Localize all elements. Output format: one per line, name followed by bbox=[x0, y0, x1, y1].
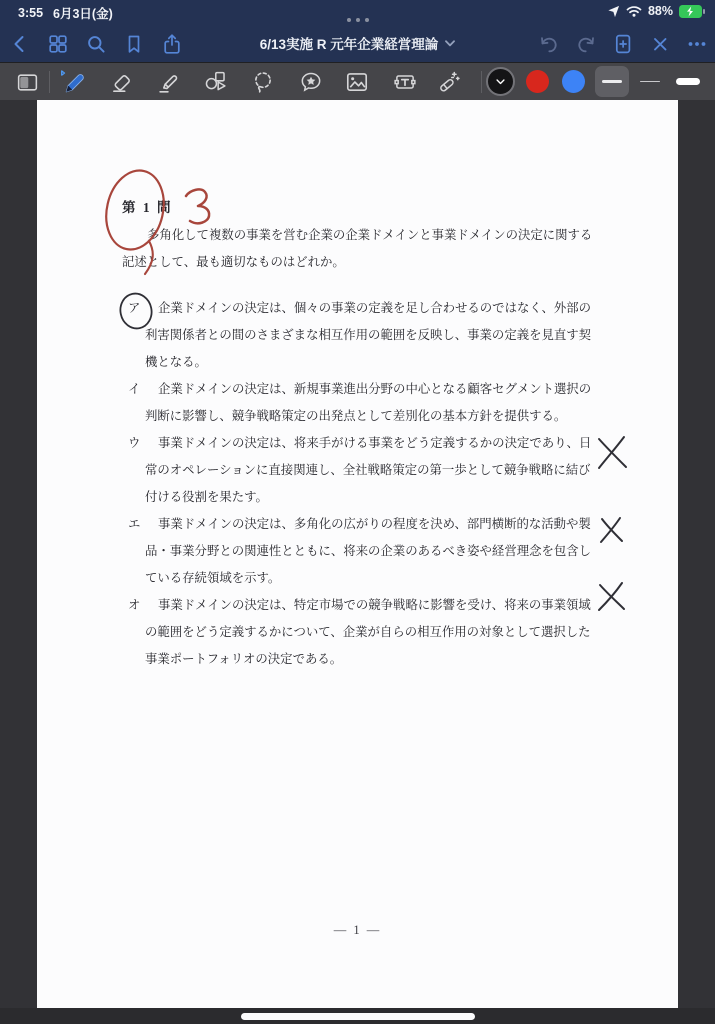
home-indicator[interactable] bbox=[241, 1013, 475, 1020]
redo-button[interactable] bbox=[571, 29, 601, 59]
option-label: エ bbox=[128, 516, 140, 533]
image-icon bbox=[344, 69, 370, 95]
more-button[interactable] bbox=[682, 29, 712, 59]
document-title: 6/13実施 R 元年企業経営理論 bbox=[260, 33, 439, 53]
color-swatch-blue[interactable] bbox=[562, 70, 585, 93]
question-stem-line: 記述として、最も適切なものはどれか。 bbox=[122, 254, 345, 271]
wifi-icon bbox=[626, 5, 642, 17]
sticker-star-icon bbox=[298, 69, 324, 95]
x-mark-option-u bbox=[599, 437, 626, 468]
option-line: 機となる。 bbox=[145, 354, 207, 371]
option-line: 事業ドメインの決定は、特定市場での競争戦略に影響を受け、将来の事業領域 bbox=[158, 597, 591, 614]
exam-page[interactable]: 第 1 問 多角化して複数の事業を営む企業の企業ドメインと事業ドメインの決定に関… bbox=[37, 100, 678, 1008]
nav-bar: 6/13実施 R 元年企業経営理論 bbox=[0, 24, 715, 62]
notebook-panel-button[interactable] bbox=[9, 65, 45, 99]
document-canvas[interactable]: 第 1 問 多角化して複数の事業を営む企業の企業ドメインと事業ドメインの決定に関… bbox=[0, 100, 715, 1024]
top-chrome: 3:55 6月3日(金) 88% bbox=[0, 0, 715, 62]
text-box-icon bbox=[392, 69, 418, 95]
color-swatch-black-selected[interactable] bbox=[486, 67, 515, 96]
question-stem-line: 多角化して複数の事業を営む企業の企業ドメインと事業ドメインの決定に関する bbox=[147, 227, 592, 244]
chevron-down-icon bbox=[445, 40, 455, 47]
shapes-icon bbox=[203, 69, 229, 95]
x-mark-option-e bbox=[601, 518, 622, 542]
option-line: 利害関係者との間のさまざまな相互作用の範囲を反映し、事業の定義を見直す契 bbox=[145, 327, 591, 344]
text-box-tool-button[interactable] bbox=[387, 65, 423, 99]
battery-charging-icon bbox=[679, 5, 705, 18]
option-label: イ bbox=[128, 381, 140, 398]
add-page-button[interactable] bbox=[608, 29, 638, 59]
undo-button[interactable] bbox=[534, 29, 564, 59]
option-line: 事業ポートフォリオの決定である。 bbox=[145, 651, 342, 668]
option-line: 事業ドメインの決定は、将来手がける事業をどう定義するかの決定であり、日 bbox=[158, 435, 591, 452]
app-screen: 3:55 6月3日(金) 88% bbox=[0, 0, 715, 1024]
option-line: の範囲をどう定義するかについて、企業が自らの相互作用の対象として選択した bbox=[145, 624, 591, 641]
status-bar: 3:55 6月3日(金) 88% bbox=[0, 0, 715, 24]
highlighter-tool-button[interactable] bbox=[151, 65, 187, 99]
status-right: 88% bbox=[607, 4, 705, 18]
shapes-tool-button[interactable] bbox=[198, 65, 234, 99]
option-label: オ bbox=[128, 597, 140, 614]
x-mark-option-o bbox=[599, 583, 624, 610]
question-heading: 第 1 問 bbox=[122, 199, 173, 216]
magic-wand-icon bbox=[435, 69, 461, 95]
close-button[interactable] bbox=[645, 29, 675, 59]
option-label: ア bbox=[128, 300, 140, 317]
option-line: 判断に影響し、競争戦略策定の出発点として差別化の基本方針を提供する。 bbox=[145, 408, 566, 425]
option-line: 常のオペレーションに直接関連し、全社戦略策定の第一歩として競争戦略に結び bbox=[145, 462, 591, 479]
stickers-tool-button[interactable] bbox=[293, 65, 329, 99]
stroke-size-medium-selected[interactable] bbox=[595, 66, 629, 97]
option-label: ウ bbox=[128, 435, 140, 452]
eraser-icon bbox=[109, 69, 135, 95]
option-line: 企業ドメインの決定は、新規事業進出分野の中心となる顧客セグメント選択の bbox=[158, 381, 591, 398]
option-line: 付ける役割を果たす。 bbox=[145, 489, 268, 506]
option-line: 企業ドメインの決定は、個々の事業の定義を足し合わせるのではなく、外部の bbox=[158, 300, 591, 317]
option-line: 品・事業分野との関連性とともに、将来の企業のあるべき姿や経営理念を包含し bbox=[145, 543, 591, 560]
stroke-size-thick[interactable] bbox=[671, 66, 705, 97]
option-line: 事業ドメインの決定は、多角化の広がりの程度を決め、部門横断的な活動や製 bbox=[158, 516, 591, 533]
notebook-panel-icon bbox=[15, 70, 40, 95]
lasso-icon bbox=[250, 69, 276, 95]
pen-toolbar bbox=[0, 62, 715, 100]
stroke-size-thin[interactable] bbox=[633, 66, 667, 97]
eraser-tool-button[interactable] bbox=[104, 65, 140, 99]
pen-tool-button[interactable] bbox=[54, 65, 90, 99]
option-line: ている存続領域を示す。 bbox=[145, 570, 280, 587]
magic-wand-tool-button[interactable] bbox=[430, 65, 466, 99]
location-icon bbox=[607, 5, 620, 18]
handwritten-score bbox=[186, 189, 209, 223]
image-tool-button[interactable] bbox=[339, 65, 375, 99]
highlighter-icon bbox=[156, 69, 182, 95]
pen-icon bbox=[59, 69, 86, 96]
page-number: — 1 — bbox=[37, 923, 678, 938]
battery-percent: 88% bbox=[648, 4, 673, 18]
lasso-tool-button[interactable] bbox=[245, 65, 281, 99]
color-swatch-red[interactable] bbox=[526, 70, 549, 93]
